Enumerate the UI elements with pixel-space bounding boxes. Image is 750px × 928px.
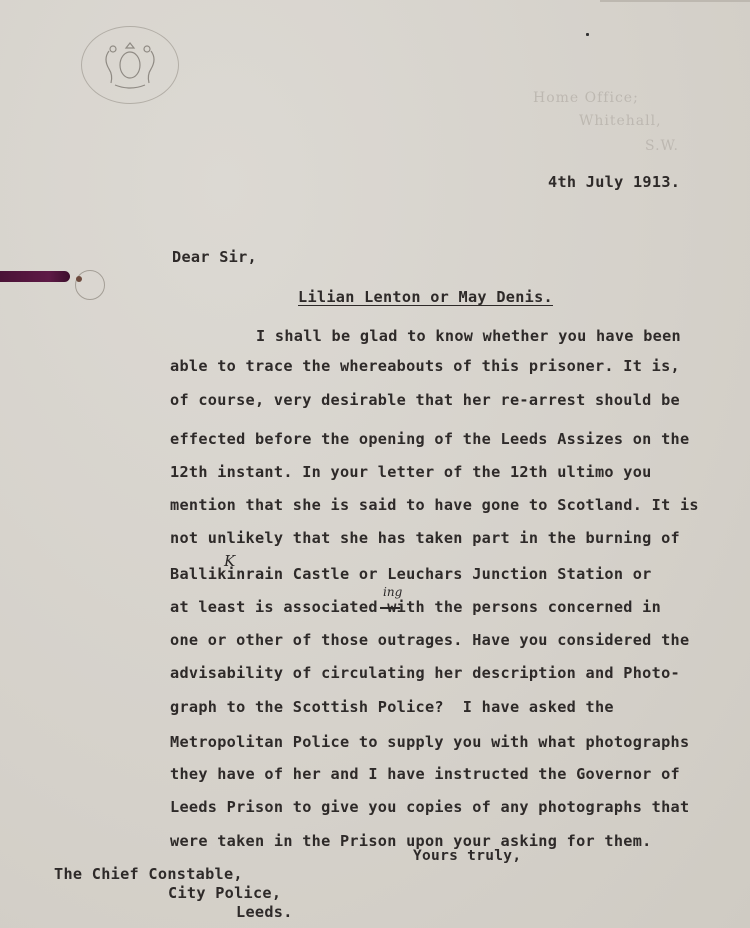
recipient-line-1: The Chief Constable, <box>54 865 243 883</box>
recipient-line-2: City Police, <box>168 884 281 902</box>
body-line: Metropolitan Police to supply you with w… <box>170 733 689 751</box>
body-line: Leeds Prison to give you copies of any p… <box>170 798 689 816</box>
body-line: of course, very desirable that her re-ar… <box>170 391 680 409</box>
page-edge-rule <box>600 0 750 2</box>
ribbon-knot <box>76 276 82 282</box>
letterhead-address-line-3: S.W. <box>645 138 679 154</box>
letterhead-address-line-2: Whitehall, <box>579 113 662 129</box>
binding-ribbon <box>0 271 70 282</box>
body-line: effected before the opening of the Leeds… <box>170 430 689 448</box>
body-line: mention that she is said to have gone to… <box>170 496 699 514</box>
punch-hole <box>75 270 105 300</box>
strikethrough-mark <box>380 607 400 609</box>
handwritten-correction-ing: ing <box>383 585 402 599</box>
recipient-line-3: Leeds. <box>236 903 293 921</box>
body-line: were taken in the Prison upon your askin… <box>170 832 652 850</box>
body-line: Ballikinrain Castle or Leuchars Junction… <box>170 565 652 583</box>
subject-heading: Lilian Lenton or May Denis. <box>298 288 553 306</box>
body-line: graph to the Scottish Police? I have ask… <box>170 698 614 716</box>
body-line: able to trace the whereabouts of this pr… <box>170 357 680 375</box>
body-line: one or other of those outrages. Have you… <box>170 631 689 649</box>
body-line: they have of her and I have instructed t… <box>170 765 680 783</box>
closing: Yours truly, <box>413 848 521 864</box>
body-line: I shall be glad to know whether you have… <box>256 327 681 345</box>
royal-crest-icon <box>81 26 179 104</box>
letter-date: 4th July 1913. <box>548 173 680 191</box>
body-line: not unlikely that she has taken part in … <box>170 529 680 547</box>
letter-page: Home Office; Whitehall, S.W. 4th July 19… <box>0 0 750 928</box>
letterhead-address-line-1: Home Office; <box>533 90 639 106</box>
body-line: advisability of circulating her descript… <box>170 664 680 682</box>
handwritten-correction-k: K <box>224 552 235 570</box>
ink-speck <box>586 33 589 36</box>
salutation: Dear Sir, <box>172 248 257 266</box>
body-line: at least is associated with the persons … <box>170 598 661 616</box>
body-line: 12th instant. In your letter of the 12th… <box>170 463 652 481</box>
